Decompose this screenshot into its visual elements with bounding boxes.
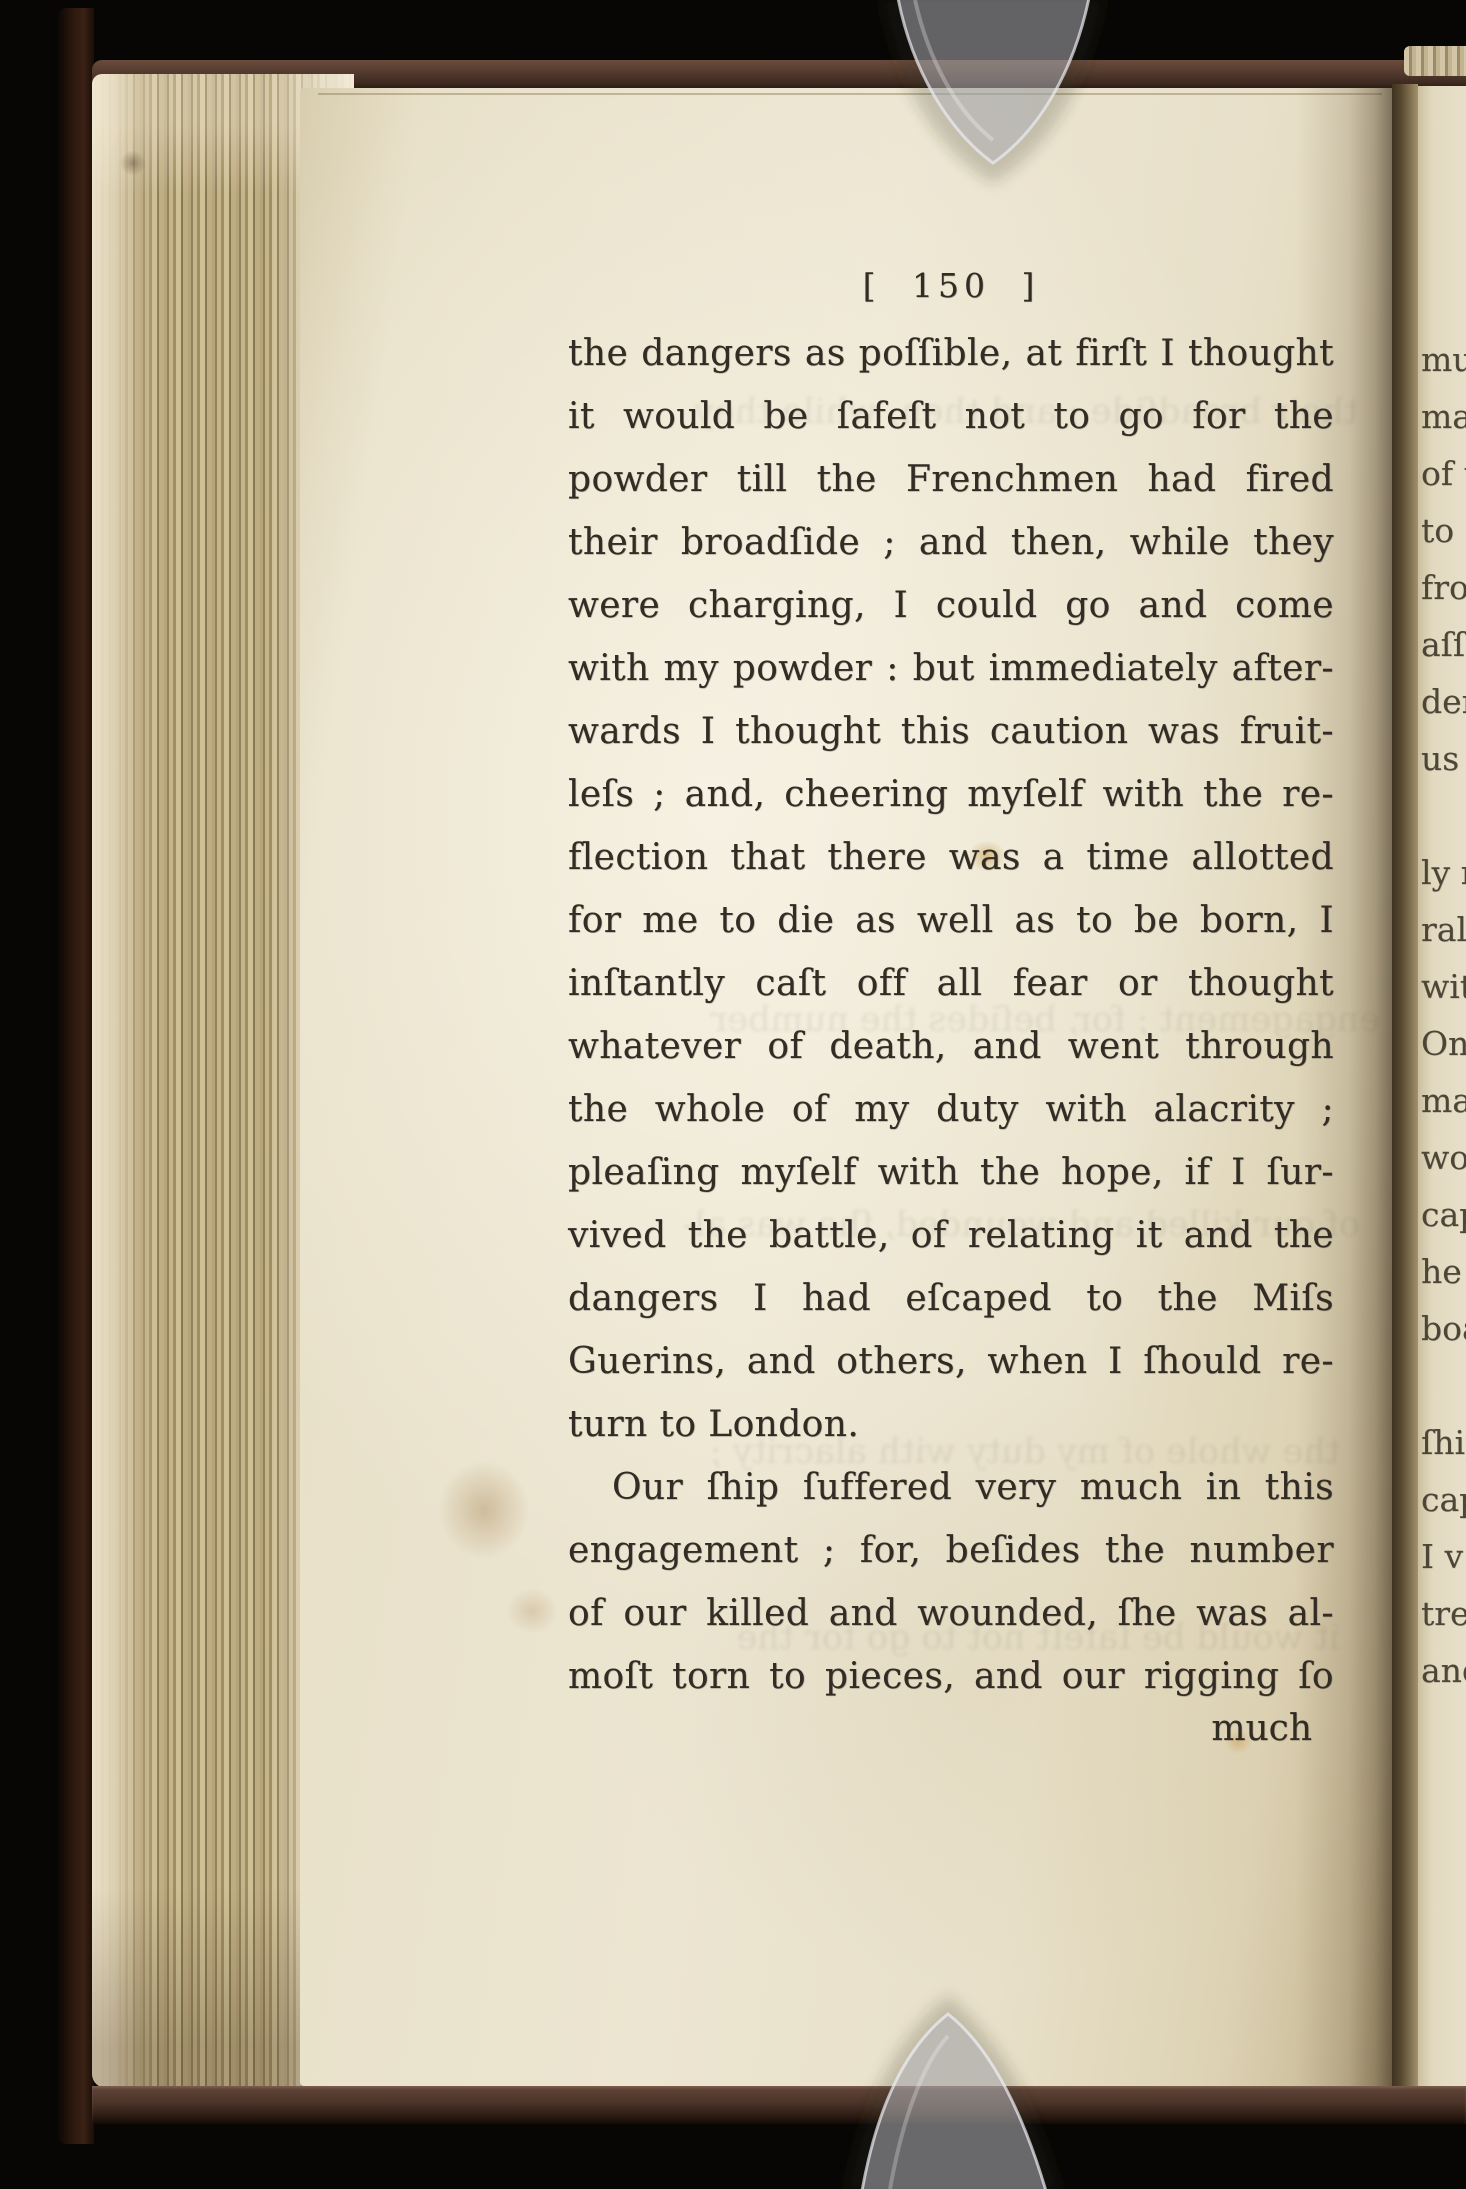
text-line: the whole of my duty with alacrity ; (568, 1078, 1334, 1141)
facing-page-edge: much main of the to ge from aſſiſt i der… (1418, 86, 1466, 2088)
text-line: with my powder : but immediately after- (568, 637, 1334, 700)
facing-text-fragment: tren (1418, 1585, 1466, 1642)
facing-text-fragment: ral E (1418, 901, 1466, 958)
page-text-block: [ 150 ] the dangers as poſſible, at firſ… (568, 250, 1334, 1754)
facing-text-fragment: maſt (1418, 1072, 1466, 1129)
catchword: much (568, 1704, 1334, 1754)
facing-text-fragment: main (1418, 388, 1466, 445)
text-line: wards I thought this caution was fruit- (568, 700, 1334, 763)
facing-text-fragment: and (1418, 1642, 1466, 1699)
text-line: whatever of death, and went through (568, 1015, 1334, 1078)
facing-text-fragment: to ge (1418, 502, 1466, 559)
text-line: of our killed and wounded, ſhe was al- (568, 1582, 1334, 1645)
book-cover-bottom-edge (92, 2086, 1466, 2124)
facing-text-fragment: ſhip (1418, 1414, 1466, 1471)
facing-text-fragment (1418, 1357, 1466, 1414)
text-line: moſt torn to pieces, and our rigging ſo (568, 1645, 1334, 1708)
text-line: dangers I had eſcaped to the Miſs (568, 1267, 1334, 1330)
text-line: flection that there was a time allotted (568, 826, 1334, 889)
text-line: powder till the Frenchmen had fired (568, 448, 1334, 511)
text-line: engagement ; for, beſides the number (568, 1519, 1334, 1582)
text-line: turn to London. (568, 1393, 1334, 1456)
facing-text-fragment: ly rel (1418, 844, 1466, 901)
facing-text-fragment: der; a (1418, 673, 1466, 730)
facing-text-fragment: from (1418, 559, 1466, 616)
text-line: pleaſing myſelf with the hope, if I ſur- (568, 1141, 1334, 1204)
paper-stain (506, 1588, 558, 1634)
facing-text-fragment: wou (1418, 1129, 1466, 1186)
facing-text-fragment: capt (1418, 1186, 1466, 1243)
facing-text-fragment: us fo (1418, 730, 1466, 787)
text-line: leſs ; and, cheering myſelf with the re- (568, 763, 1334, 826)
facing-text-fragment (1418, 787, 1466, 844)
text-line: it would be ſafeſt not to go for the (568, 385, 1334, 448)
book-photo: much main of the to ge from aſſiſt i der… (0, 0, 1466, 2189)
book-headband (1404, 46, 1466, 76)
text-line: their broadſide ; and then, while they (568, 511, 1334, 574)
facing-text-fragment: On t (1418, 1015, 1466, 1072)
paper-stain (120, 150, 146, 176)
facing-text-fragment: much (1418, 331, 1466, 388)
facing-text-fragment: he a (1418, 1243, 1466, 1300)
facing-text-fragment: cap (1418, 1471, 1466, 1528)
text-line: Our ſhip ſuffered very much in this (568, 1456, 1334, 1519)
page-number-header: [ 150 ] (568, 250, 1334, 322)
paper-stain (438, 1460, 530, 1560)
text-line: vived the battle, of relating it and the (568, 1204, 1334, 1267)
facing-text-fragment: I v (1418, 1528, 1466, 1585)
text-line: for me to die as well as to be born, I (568, 889, 1334, 952)
facing-text-fragment: boa (1418, 1300, 1466, 1357)
text-line: inſtantly caſt off all fear or thought (568, 952, 1334, 1015)
facing-text-fragment: of the (1418, 445, 1466, 502)
text-line: Guerins, and others, when I ſhould re- (568, 1330, 1334, 1393)
text-line: the dangers as poſſible, at firſt I thou… (568, 322, 1334, 385)
facing-text-fragment: aſſiſt i (1418, 616, 1466, 673)
gutter-crease (1392, 84, 1418, 2088)
book-cover-left-edge (58, 8, 94, 2144)
facing-page-text-column: much main of the to ge from aſſiſt i der… (1418, 86, 1466, 1699)
facing-text-fragment: with (1418, 958, 1466, 1015)
text-line: were charging, I could go and come (568, 574, 1334, 637)
